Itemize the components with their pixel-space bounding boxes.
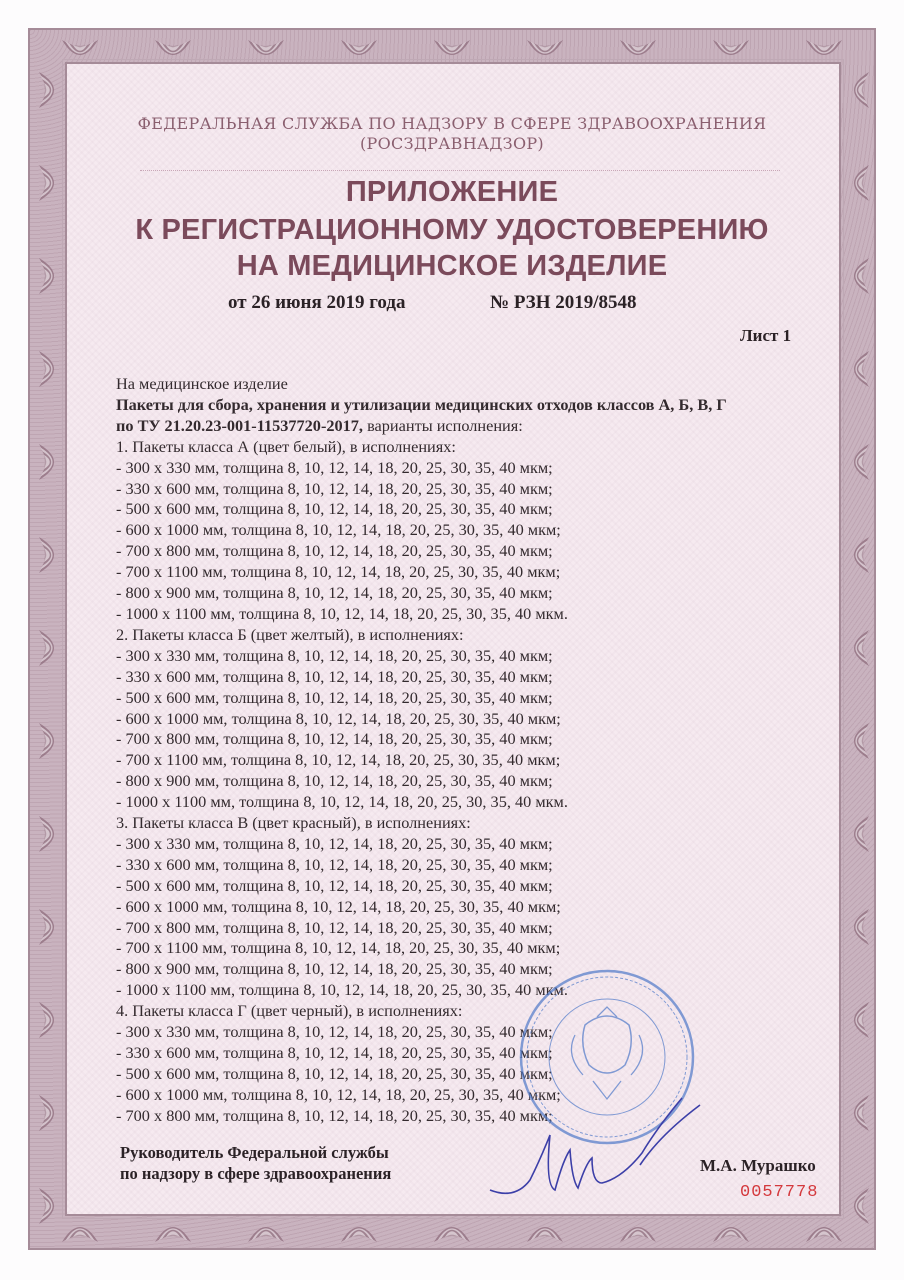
signer-title-line2: по надзору в сфере здравоохранения <box>120 1163 391 1184</box>
intro-label: На медицинское изделие <box>116 374 816 395</box>
size-variant: - 300 х 330 мм, толщина 8, 10, 12, 14, 1… <box>116 646 816 667</box>
product-spec-line: по ТУ 21.20.23-001-11537720-2017, вариан… <box>116 416 816 437</box>
size-variant: - 1000 х 1100 мм, толщина 8, 10, 12, 14,… <box>116 980 816 1001</box>
size-variant: - 1000 х 1100 мм, толщина 8, 10, 12, 14,… <box>116 792 816 813</box>
size-variant: - 600 х 1000 мм, толщина 8, 10, 12, 14, … <box>116 897 816 918</box>
class-list: 1. Пакеты класса А (цвет белый), в испол… <box>116 437 816 1127</box>
sheet-number: Лист 1 <box>740 326 791 346</box>
size-variant: - 1000 х 1100 мм, толщина 8, 10, 12, 14,… <box>116 604 816 625</box>
agency-name: ФЕДЕРАЛЬНАЯ СЛУЖБА ПО НАДЗОРУ В СФЕРЕ ЗД… <box>0 114 904 133</box>
size-variant: - 300 х 330 мм, толщина 8, 10, 12, 14, 1… <box>116 1022 816 1043</box>
size-variant: - 700 х 1100 мм, толщина 8, 10, 12, 14, … <box>116 938 816 959</box>
size-variant: - 800 х 900 мм, толщина 8, 10, 12, 14, 1… <box>116 959 816 980</box>
variants-label: варианты исполнения: <box>363 416 523 435</box>
header-divider <box>140 170 780 171</box>
signer-title-line1: Руководитель Федеральной службы <box>120 1142 391 1163</box>
size-variant: - 700 х 1100 мм, толщина 8, 10, 12, 14, … <box>116 562 816 583</box>
size-variant: - 500 х 600 мм, толщина 8, 10, 12, 14, 1… <box>116 499 816 520</box>
agency-abbreviation: (РОСЗДРАВНАДЗОР) <box>0 134 904 153</box>
size-variant: - 700 х 800 мм, толщина 8, 10, 12, 14, 1… <box>116 541 816 562</box>
size-variant: - 330 х 600 мм, толщина 8, 10, 12, 14, 1… <box>116 479 816 500</box>
class-heading: 4. Пакеты класса Г (цвет черный), в испо… <box>116 1001 816 1022</box>
size-variant: - 330 х 600 мм, толщина 8, 10, 12, 14, 1… <box>116 855 816 876</box>
size-variant: - 500 х 600 мм, толщина 8, 10, 12, 14, 1… <box>116 1064 816 1085</box>
issue-date: от 26 июня 2019 года <box>228 292 406 314</box>
size-variant: - 500 х 600 мм, толщина 8, 10, 12, 14, 1… <box>116 876 816 897</box>
size-variant: - 330 х 600 мм, толщина 8, 10, 12, 14, 1… <box>116 667 816 688</box>
size-variant: - 700 х 800 мм, толщина 8, 10, 12, 14, 1… <box>116 918 816 939</box>
registration-number: № РЗН 2019/8548 <box>490 292 637 314</box>
form-serial-number: 0057778 <box>740 1183 818 1202</box>
product-description: На медицинское изделие Пакеты для сбора,… <box>116 374 816 1127</box>
class-heading: 2. Пакеты класса Б (цвет желтый), в испо… <box>116 625 816 646</box>
class-heading: 1. Пакеты класса А (цвет белый), в испол… <box>116 437 816 458</box>
size-variant: - 300 х 330 мм, толщина 8, 10, 12, 14, 1… <box>116 834 816 855</box>
size-variant: - 800 х 900 мм, толщина 8, 10, 12, 14, 1… <box>116 771 816 792</box>
signer-name: М.А. Мурашко <box>700 1156 816 1176</box>
size-variant: - 700 х 800 мм, толщина 8, 10, 12, 14, 1… <box>116 729 816 750</box>
size-variant: - 800 х 900 мм, толщина 8, 10, 12, 14, 1… <box>116 583 816 604</box>
size-variant: - 500 х 600 мм, толщина 8, 10, 12, 14, 1… <box>116 688 816 709</box>
tech-spec-code: по ТУ 21.20.23-001-11537720-2017, <box>116 416 363 435</box>
document-title-line2: К РЕГИСТРАЦИОННОМУ УДОСТОВЕРЕНИЮ <box>0 214 904 247</box>
class-heading: 3. Пакеты класса В (цвет красный), в исп… <box>116 813 816 834</box>
signature-icon <box>485 1095 715 1205</box>
size-variant: - 700 х 1100 мм, толщина 8, 10, 12, 14, … <box>116 750 816 771</box>
size-variant: - 330 х 600 мм, толщина 8, 10, 12, 14, 1… <box>116 1043 816 1064</box>
size-variant: - 600 х 1000 мм, толщина 8, 10, 12, 14, … <box>116 709 816 730</box>
document-title-line3: НА МЕДИЦИНСКОЕ ИЗДЕЛИЕ <box>0 250 904 283</box>
size-variant: - 600 х 1000 мм, толщина 8, 10, 12, 14, … <box>116 520 816 541</box>
signer-title: Руководитель Федеральной службы по надзо… <box>120 1142 391 1184</box>
document-title-line1: ПРИЛОЖЕНИЕ <box>0 176 904 209</box>
product-name: Пакеты для сбора, хранения и утилизации … <box>116 395 816 416</box>
size-variant: - 300 х 330 мм, толщина 8, 10, 12, 14, 1… <box>116 458 816 479</box>
